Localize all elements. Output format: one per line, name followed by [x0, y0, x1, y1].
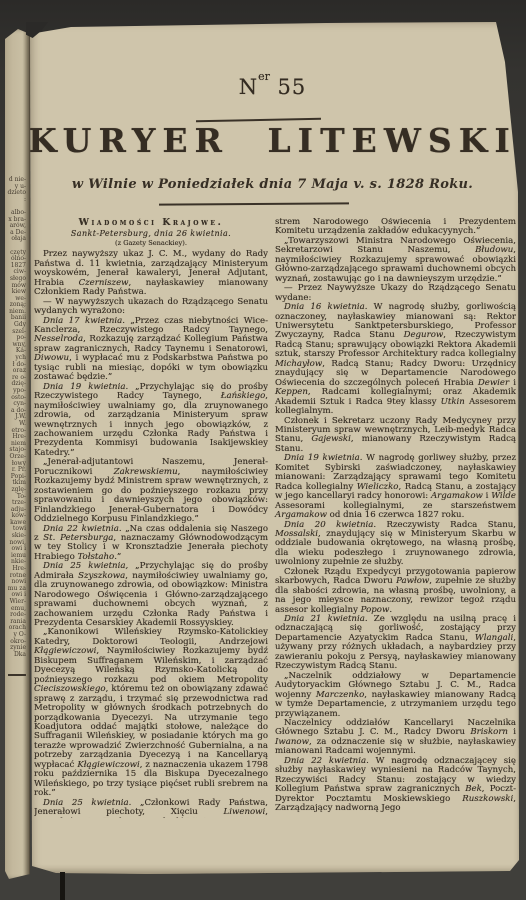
article-paragraph: Naczelnicy oddziałów Kancellaryi Naczeln… [275, 719, 516, 757]
newspaper-page: Ner 55 KURYER LITEWSKI w Wilnie w Ponied… [26, 22, 519, 874]
scan-background: { "masthead": { "issue_prefix": "N", "is… [0, 0, 526, 900]
margin-text-fragment: : [6, 197, 26, 204]
article-source-note: (z Gazety Senackiey). [34, 239, 268, 248]
article-paragraph: Członek Rządu Expedycyi przygotowania pa… [275, 568, 516, 615]
issue-digits: 55 [278, 75, 307, 99]
issue-number: Ner 55 [26, 70, 519, 99]
margin-text-fragment: ołaja [6, 236, 26, 243]
section-heading: Wiadomości Krajowe. [34, 218, 268, 227]
right-column: strem Narodowego Oświecenia i Prezydente… [275, 218, 516, 818]
right-column-body: strem Narodowego Oświecenia i Prezydente… [275, 218, 516, 814]
issue-superscript: er [258, 70, 270, 83]
margin-rule [8, 674, 26, 676]
article-paragraph: Dnia 20 kwietnia. Rzeczywisty Radca Stan… [275, 521, 516, 568]
margin-fragments: d nie-y u-dzieto: albo-x bra-arów,a De-o… [6, 177, 26, 676]
article-paragraph: — W naywyższych ukazach do Rządzącego Se… [34, 298, 268, 317]
article-paragraph: Dnia 19 kwietnia. W nagrodę gorliwey słu… [275, 454, 516, 520]
article-paragraph: „Kanonikowi Wileńskiey Rzymsko-Katolicki… [34, 628, 268, 798]
margin-text-fragment: Dka [6, 652, 26, 659]
adjacent-page-edge: d nie-y u-dzieto: albo-x bra-arów,a De-o… [5, 29, 30, 879]
masthead-dateline: w Wilnie w Poniedziałek dnia 7 Maja v. s… [26, 177, 519, 192]
article-paragraph: — Przez Naywyższe Ukazy do Rządzącego Se… [275, 284, 516, 303]
margin-text-fragment: dzieto [6, 190, 26, 197]
article-paragraph: „Jenerał-adjutantowi Naszemu, Jenerał-Po… [34, 458, 268, 524]
article-dateline: Sankt-Petersburg, dnia 26 kwietnia. [34, 229, 268, 238]
article-paragraph: Przez naywyższy ukaz J. C. M., wydany do… [34, 250, 268, 297]
issue-prefix: N [239, 75, 258, 99]
article-paragraph: Dnia 16 kwietnia. W nagrodę służby, gorl… [275, 303, 516, 416]
article-columns: Wiadomości Krajowe. Sankt-Petersburg, dn… [34, 218, 516, 818]
masthead-title: KURYER LITEWSKI [26, 121, 519, 160]
article-paragraph: „Naczelnik oddziałowy w Departamencie Au… [275, 672, 516, 719]
article-paragraph: Dnia 25 kwietnia, „Przychylając się do p… [34, 562, 268, 628]
article-paragraph: Dnia 25 kwietnia. „Członkowi Rady Państw… [34, 799, 268, 818]
article-paragraph: Dnia 19 kwietnia. „Przychylając się do p… [34, 383, 268, 459]
article-paragraph: Dnia 17 kwietnia. „Przez czas niebytnośc… [34, 317, 268, 383]
gutter-shadow [60, 872, 65, 900]
article-paragraph: Dnia 22 kwietnia. W nagrodę odznaczające… [275, 757, 516, 814]
article-paragraph: strem Narodowego Oświecenia i Prezydente… [275, 218, 516, 237]
article-paragraph: Dnia 21 kwietnia. Ze względu na usilną p… [275, 615, 516, 672]
article-paragraph: Dnia 22 kwietnia. „Na czas oddalenia się… [34, 525, 268, 563]
masthead-rule-bottom [159, 202, 349, 205]
left-column: Wiadomości Krajowe. Sankt-Petersburg, dn… [34, 218, 268, 818]
article-paragraph: „Towarzyszowi Ministra Narodowego Oświec… [275, 237, 516, 284]
left-column-body: Przez naywyższy ukaz J. C. M., wydany do… [34, 250, 268, 818]
article-paragraph: Członek i Sekretarz uczony Rady Medycyne… [275, 417, 516, 455]
